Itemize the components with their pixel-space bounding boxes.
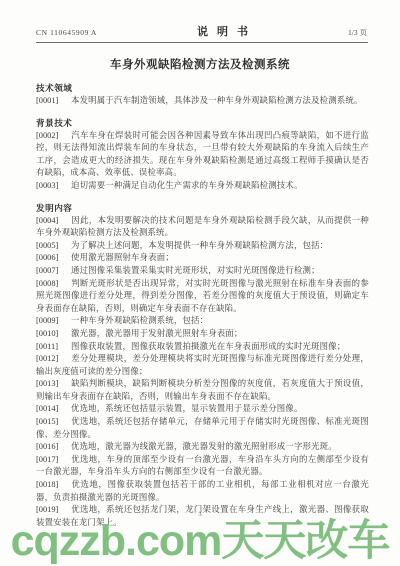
paragraph-number: [0002]: [36, 130, 60, 143]
paragraph-text: 优选地，系统还包括显示装置，显示装置用于显示差分图像。: [71, 404, 303, 413]
paragraph-text: 使用激光器照射车身表面；: [71, 253, 174, 262]
paragraph-list: [0001]本发明属于汽车制造领域，具体涉及一种车身外观缺陷检测方法及检测系统。: [36, 95, 369, 108]
paragraph-number: [0004]: [36, 215, 60, 228]
paragraph-text: 一种车身外观缺陷检测系统，包括：: [71, 316, 208, 325]
paragraph-text: 优选地，系统还包括存储单元，存储单元用于存储实时光斑图像、标准光斑图像、差分图像…: [36, 417, 369, 439]
document-type-label: 说明书: [197, 23, 257, 39]
paragraph: [0015]优选地，系统还包括存储单元，存储单元用于存储实时光斑图像、标准光斑图…: [36, 416, 369, 441]
section-heading: 背景技术: [36, 117, 369, 129]
section-background-art: 背景技术 [0002]汽车车身在焊装时可能会因各种因素导致车体出现凹凸痕等缺陷，…: [36, 117, 369, 193]
paragraph-text: 差分处理模块，差分处理模块将实时光斑图像与标准光斑图像进行差分处理，输出灰度值可…: [36, 354, 369, 376]
paragraph-text: 汽车车身在焊装时可能会因各种因素导致车体出现凹凸痕等缺陷，如不进行监控，则无法得…: [36, 131, 369, 178]
paragraph-number: [0006]: [36, 252, 60, 265]
paragraph-text: 激光器，激光器用于发射激光照射车身表面；: [71, 329, 243, 338]
page-indicator: 1/3 页: [348, 27, 367, 38]
paragraph: [0014]优选地，系统还包括显示装置，显示装置用于显示差分图像。: [36, 403, 369, 416]
paragraph-text: 优选地，图像获取装置包括若干部的工业相机，每部工业相机对应一台激光器，负责拍摄激…: [36, 480, 369, 502]
paragraph: [0013]缺陷判断模块，缺陷判断模块分析差分图像的灰度值，若灰度值大于预设值，…: [36, 378, 369, 403]
paragraph-number: [0013]: [36, 378, 60, 391]
paragraph-number: [0005]: [36, 240, 60, 253]
paragraph: [0006]使用激光器照射车身表面；: [36, 252, 369, 265]
paragraph-number: [0001]: [36, 95, 60, 108]
paragraph-number: [0016]: [36, 441, 60, 454]
paragraph-number: [0012]: [36, 353, 60, 366]
paragraph: [0004]因此，本发明要解决的技术问题是车身外观缺陷检测手段欠缺，从而提供一种…: [36, 215, 369, 240]
document-body: 技术领域 [0001]本发明属于汽车制造领域，具体涉及一种车身外观缺陷检测方法及…: [0, 82, 400, 529]
paragraph-list: [0002]汽车车身在焊装时可能会因各种因素导致车体出现凹凸痕等缺陷，如不进行监…: [36, 130, 369, 193]
paragraph-text: 为了解决上述问题，本发明提供一种车身外观缺陷检测方法，包括：: [71, 241, 328, 250]
paragraph: [0018]优选地，图像获取装置包括若干部的工业相机，每部工业相机对应一台激光器…: [36, 479, 369, 504]
paragraph-number: [0014]: [36, 403, 60, 416]
paragraph: [0010]激光器，激光器用于发射激光照射车身表面；: [36, 328, 369, 341]
paragraph-number: [0018]: [36, 479, 60, 492]
patent-number: CN 110645909 A: [36, 28, 97, 37]
footer-page-number: 3: [0, 511, 400, 518]
paragraph: [0007]通过图像采集装置采集实时光斑形状，对实时光斑图像进行检测；: [36, 265, 369, 278]
paragraph: [0002]汽车车身在焊装时可能会因各种因素导致车体出现凹凸痕等缺陷，如不进行监…: [36, 130, 369, 180]
section-summary-of-invention: 发明内容 [0004]因此，本发明要解决的技术问题是车身外观缺陷检测手段欠缺，从…: [36, 202, 369, 530]
patent-specification-page: CN 110645909 A 说明书 1/3 页 车身外观缺陷检测方法及检测系统…: [0, 0, 400, 566]
paragraph-number: [0010]: [36, 328, 60, 341]
paragraph: [0003]迫切需要一种满足自动化生产需求的车身外观缺陷检测技术。: [36, 180, 369, 193]
paragraph-number: [0011]: [36, 341, 60, 354]
paragraph: [0017]优选地，车身的顶部至少设有一台激光器，车身沿车头方向的左侧部至少设有…: [36, 454, 369, 479]
section-heading: 发明内容: [36, 202, 369, 214]
page-title: 车身外观缺陷检测方法及检测系统: [0, 56, 400, 72]
paragraph-number: [0015]: [36, 416, 60, 429]
section-technical-field: 技术领域 [0001]本发明属于汽车制造领域，具体涉及一种车身外观缺陷检测方法及…: [36, 82, 369, 108]
paragraph: [0009]一种车身外观缺陷检测系统，包括：: [36, 315, 369, 328]
paragraph-number: [0007]: [36, 265, 60, 278]
paragraph-text: 判断光斑形状是否出现异常，对实时光斑图像与激光照射在标准车身表面的参照光斑图像进…: [36, 279, 369, 313]
paragraph: [0016]优选地，激光器为线激光器，激光器发射的激光照射形成一字形光斑。: [36, 441, 369, 454]
paragraph-list: [0004]因此，本发明要解决的技术问题是车身外观缺陷检测手段欠缺，从而提供一种…: [36, 215, 369, 530]
section-heading: 技术领域: [36, 82, 369, 94]
paragraph-number: [0003]: [36, 180, 60, 193]
paragraph: [0001]本发明属于汽车制造领域，具体涉及一种车身外观缺陷检测方法及检测系统。: [36, 95, 369, 108]
paragraph-number: [0017]: [36, 454, 60, 467]
header-divider: [36, 42, 368, 43]
paragraph: [0011]图像获取装置，图像获取装置拍摄激光在车身表面形成的实时光斑图像；: [36, 341, 369, 354]
paragraph: [0008]判断光斑形状是否出现异常，对实时光斑图像与激光照射在标准车身表面的参…: [36, 278, 369, 316]
paragraph-text: 因此，本发明要解决的技术问题是车身外观缺陷检测手段欠缺，从而提供一种车身外观缺陷…: [36, 216, 369, 238]
paragraph-text: 图像获取装置，图像获取装置拍摄激光在车身表面形成的实时光斑图像；: [71, 342, 345, 351]
paragraph: [0012]差分处理模块，差分处理模块将实时光斑图像与标准光斑图像进行差分处理，…: [36, 353, 369, 378]
paragraph-text: 通过图像采集装置采集实时光斑形状，对实时光斑图像进行检测；: [71, 266, 320, 275]
page-header: CN 110645909 A 说明书 1/3 页: [0, 0, 400, 42]
paragraph-text: 缺陷判断模块，缺陷判断模块分析差分图像的灰度值，若灰度值大于预设值，则输出车身表…: [36, 379, 369, 401]
paragraph-number: [0009]: [36, 315, 60, 328]
paragraph-text: 优选地，激光器为线激光器，激光器发射的激光照射形成一字形光斑。: [71, 442, 337, 451]
paragraph-number: [0008]: [36, 278, 60, 291]
paragraph-text: 本发明属于汽车制造领域，具体涉及一种车身外观缺陷检测方法及检测系统。: [71, 96, 363, 105]
paragraph-text: 优选地，车身的顶部至少设有一台激光器，车身沿车头方向的左侧部至少设有一台激光器，…: [36, 455, 369, 477]
paragraph: [0005]为了解决上述问题，本发明提供一种车身外观缺陷检测方法，包括：: [36, 240, 369, 253]
paragraph-text: 迫切需要一种满足自动化生产需求的车身外观缺陷检测技术。: [71, 181, 303, 190]
